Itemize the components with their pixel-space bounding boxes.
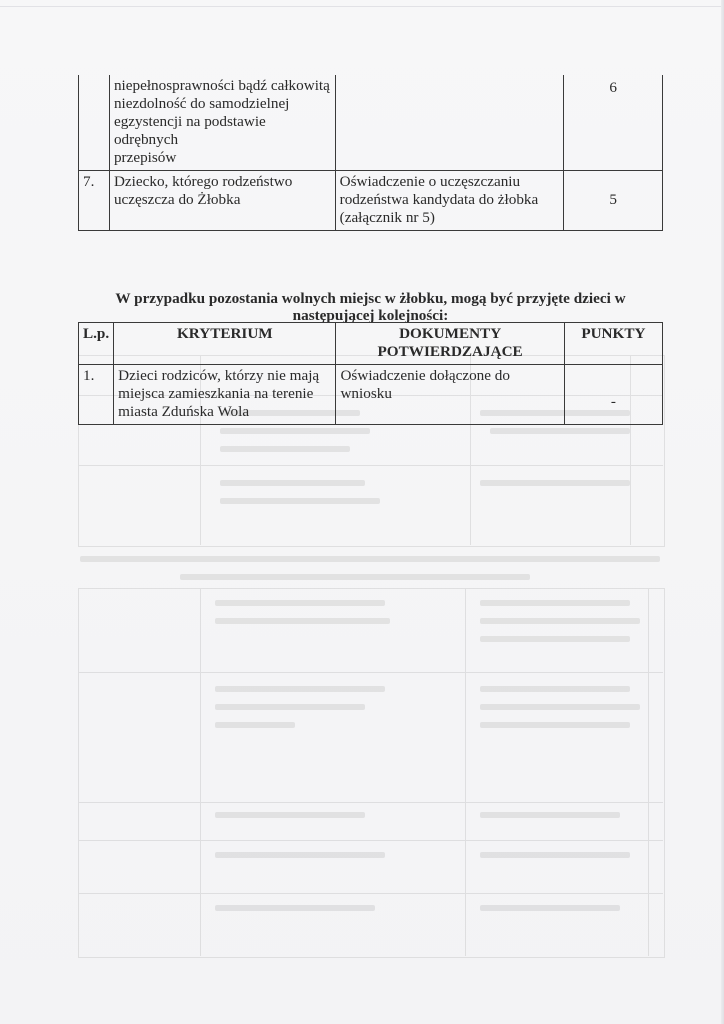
table-row: 7. Dziecko, którego rodzeństwo uczęszcza… [79,171,663,231]
cell-text-line: miasta Zduńska Wola [118,403,249,420]
cell-kryterium: Dziecko, którego rodzeństwo uczęszcza do… [109,171,335,231]
cell-text-line: Dzieci rodziców, którzy nie mają [118,367,319,384]
cell-lp [79,75,110,171]
cell-lp: 1. [79,365,114,425]
cell-text-line: uczęszcza do Żłobka [114,191,241,208]
cell-dokumenty: Oświadczenie o uczęszczaniu rodzeństwa k… [335,171,564,231]
cell-text-line: niezdolność do samodzielnej [114,95,289,112]
cell-text-line: niepełnosprawności bądź całkowitą [114,77,330,94]
scanned-page: niepełnosprawności bądź całkowitą niezdo… [0,0,724,1024]
cell-dokumenty: Oświadczenie dołączone do wniosku [336,365,564,425]
scan-edge [0,6,724,7]
cell-lp: 7. [79,171,110,231]
column-header-punkty: PUNKTY [564,323,662,365]
table-header-row: L.p. KRYTERIUM DOKUMENTY POTWIERDZAJĄCE … [79,323,663,365]
cell-punkty: - [564,365,662,425]
column-header-kryterium: KRYTERIUM [114,323,336,365]
cell-dokumenty [335,75,564,171]
cell-text-line: (załącznik nr 5) [340,209,435,226]
section-heading: W przypadku pozostania wolnych miejsc w … [78,290,663,324]
cell-text-line: egzystencji na podstawie odrębnych [114,113,266,148]
column-header-dokumenty: DOKUMENTY POTWIERDZAJĄCE [336,323,564,365]
cell-text-line: rodzeństwa kandydata do żłobka [340,191,539,208]
cell-kryterium: Dzieci rodziców, którzy nie mają miejsca… [114,365,336,425]
cell-text-line: Dziecko, którego rodzeństwo [114,173,292,190]
cell-text-line: Oświadczenie o uczęszczaniu [340,173,520,190]
criteria-table-continued: niepełnosprawności bądź całkowitą niezdo… [78,75,663,231]
cell-text-line: miejsca zamieszkania na terenie [118,385,313,402]
column-header-lp: L.p. [79,323,114,365]
cell-kryterium: niepełnosprawności bądź całkowitą niezdo… [109,75,335,171]
cell-punkty: 5 [564,171,663,231]
criteria-table-remaining-places: L.p. KRYTERIUM DOKUMENTY POTWIERDZAJĄCE … [78,322,663,425]
table-row: 1. Dzieci rodziców, którzy nie mają miej… [79,365,663,425]
cell-punkty: 6 [564,75,663,171]
cell-text-line: przepisów [114,149,176,166]
table-row: niepełnosprawności bądź całkowitą niezdo… [79,75,663,171]
